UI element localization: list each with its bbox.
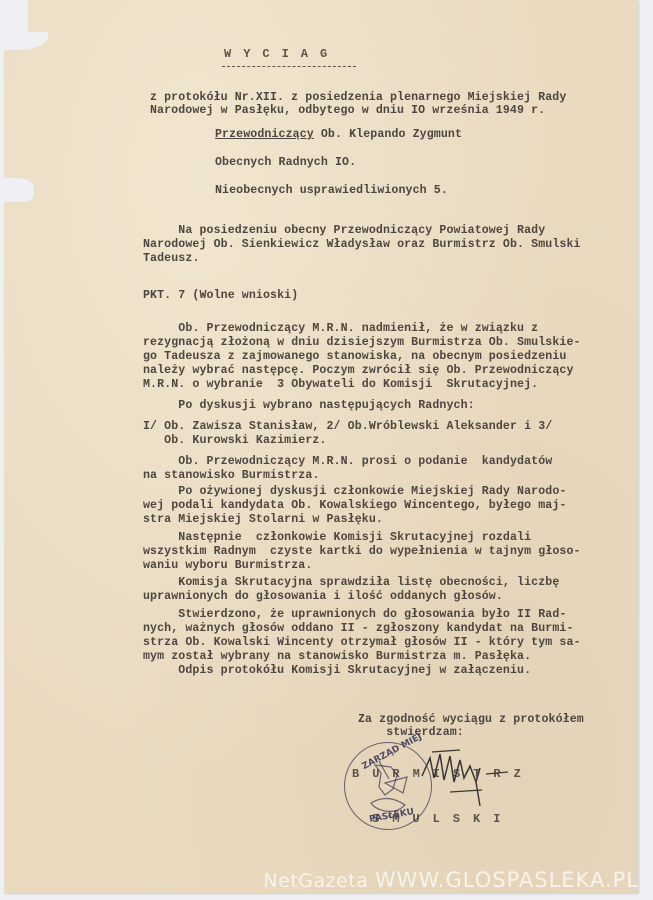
torn-edge [4, 178, 34, 202]
paragraph-6-line: Komisja Skrutacyjna sprawdziła listę obe… [143, 576, 559, 590]
paragraph-1-line: go Tadeusza z zajmowanego stanowiska, na… [143, 350, 566, 364]
paragraph-7-line: Stwierdzono, że uprawnionych do głosowan… [143, 608, 566, 622]
paragraph-7-line: strza Ob. Kowalski Wincenty otrzymał gło… [143, 636, 581, 650]
paragraph-5-line: wszystkim Radnym czyste kartki do wypełn… [143, 545, 581, 559]
paragraph-7-line: nych, ważnych głosów oddano II - zgłoszo… [143, 622, 574, 636]
paragraph-2-intro: Po dyskusji wybrano następujących Radnyc… [143, 399, 475, 413]
present-count: Obecnych Radnych IO. [215, 156, 356, 170]
absent-count: Nieobecnych usprawiedliwionych 5. [215, 184, 448, 198]
watermark-brand: NetGazeta [263, 870, 368, 892]
attestation-line-1: Za zgodność wyciągu z protokółem [358, 713, 584, 727]
paragraph-6-line: uprawnionych do głosowania i ilość oddan… [143, 590, 503, 604]
paragraph-7-line: Odpis protokółu Komisji Skrutacyjnej w z… [143, 664, 531, 678]
paragraph-1-line: rezygnacją złożoną w dniu dzisiejszym Bu… [143, 336, 581, 350]
paragraph-7-line: mym został wybrany na stanowisko Burmist… [143, 650, 531, 664]
paragraph-1-line: M.R.N. o wybranie 3 Obywateli do Komisji… [143, 378, 538, 392]
paragraph-3-line: na stanowisko Burmistrza. [143, 469, 319, 483]
chairman-value: Ob. Klepando Zygmunt [314, 128, 462, 141]
paragraph-1-line: Ob. Przewodniczący M.R.N. nadmienił, że … [143, 322, 538, 336]
point-heading: PKT. 7 (Wolne wnioski) [143, 289, 298, 303]
paragraph-5-line: waniu wyboru Burmistrza. [143, 559, 312, 573]
title-underline [222, 66, 356, 67]
official-stamp: ZARZĄD MIEJ PASŁĘKU [344, 742, 432, 830]
torn-edge [4, 32, 48, 50]
watermark: NetGazeta WWW.GLOSPASLEKA.PL [263, 868, 639, 892]
guests-line-1: Na posiedzeniu obecny Przewodniczący Pow… [143, 224, 545, 238]
document-title: WYCIAG [224, 47, 339, 61]
paragraph-1-line: należy wybrać następcę. Poczym zwrócił s… [143, 364, 574, 378]
paragraph-4-line: stra Miejskiej Stolarni w Pasłęku. [143, 513, 383, 527]
paragraph-4-line: Po ożywionej dyskusji członkowie Miejski… [143, 485, 566, 499]
watermark-site: WWW.GLOSPASLEKA.PL [375, 868, 639, 892]
paragraph-5-line: Następnie członkowie Komisji Skrutacyjne… [143, 531, 531, 545]
guests-line-3: Tadeusz. [143, 252, 199, 266]
chairman-line: Przewodniczący Ob. Klepando Zygmunt [215, 128, 462, 142]
paragraph-4-line: wej podali kandydata Ob. Kowalskiego Win… [143, 499, 566, 513]
paragraph-3-line: Ob. Przewodniczący M.R.N. prosi o podani… [143, 455, 552, 469]
chairman-label: Przewodniczący [215, 128, 314, 141]
intro-line-1: z protokółu Nr.XII. z posiedzenia plenar… [150, 91, 566, 105]
guests-line-2: Narodowej Ob. Sienkiewicz Władysław oraz… [143, 238, 581, 252]
intro-line-2: Narodowej w Pasłęku, odbytego w dniu IO … [150, 104, 545, 118]
elected-list-line: I/ Ob. Zawisza Stanisław, 2/ Ob.Wróblews… [143, 420, 552, 434]
elected-list-line: Ob. Kurowski Kazimierz. [143, 434, 327, 448]
handwritten-signature [420, 748, 510, 808]
